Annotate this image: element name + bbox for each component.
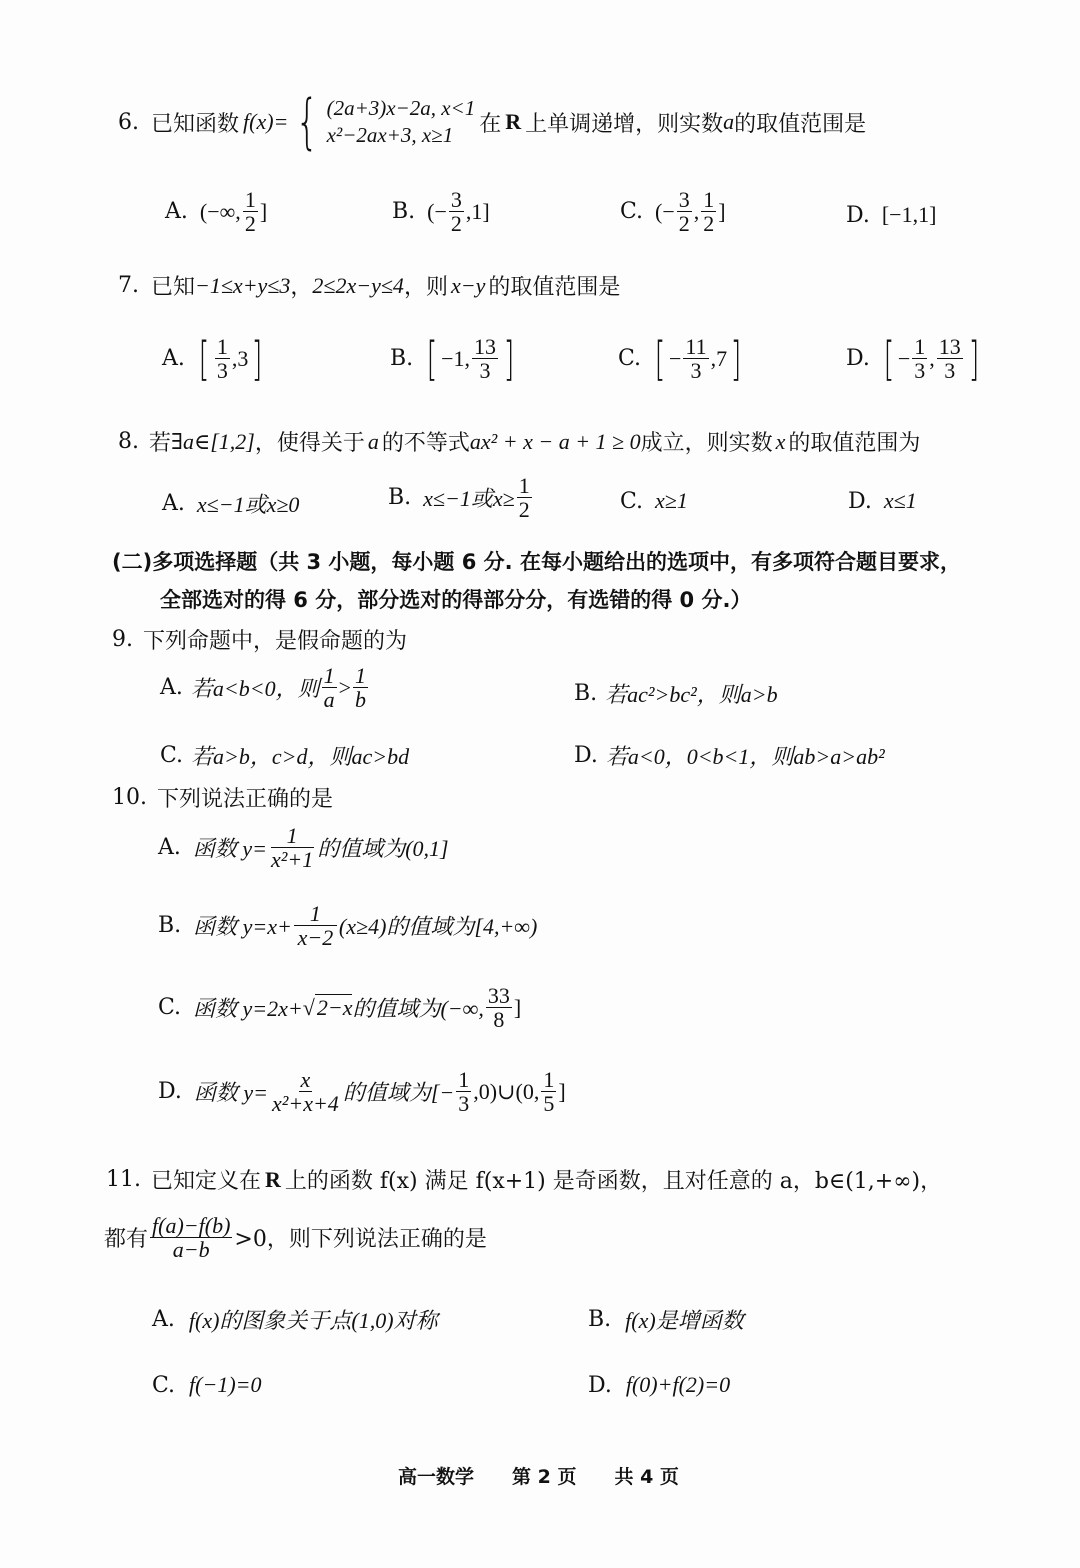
footer-total-pages: 共 4 页 (614, 1462, 678, 1489)
question-7: 7. 已知 −1≤x+y≤3 ， 2≤2x−y≤4 ，则 x−y 的取值范围是 (118, 270, 620, 301)
question-8: 8. 若 ∃a∈[1,2] ，使得关于 a 的不等式 ax² + x − a +… (118, 426, 920, 457)
footer-subject: 高一数学 (398, 1462, 474, 1489)
q10-option-c: C. 函数 y=2x+ √ 2−x 的值域为(−∞, 338 ] (158, 984, 521, 1031)
q8-option-c: C. x≥1 (620, 488, 688, 514)
q6-option-c: C. (− 32 , 12 ] (620, 188, 726, 235)
question-10: 10. 下列说法正确的是 (112, 782, 333, 813)
q11-option-a: A. f(x)的图象关于点(1,0)对称 (152, 1304, 438, 1335)
question-number: 6. (118, 110, 139, 135)
q10-option-b: B. 函数 y=x+ 1x−2 (x≥4)的值域为[4,+∞) (158, 902, 537, 949)
q11-option-d: D. f(0)+f(2)=0 (588, 1372, 730, 1398)
q11-option-c: C. f(−1)=0 (152, 1372, 262, 1398)
question-number: 9. (112, 627, 133, 652)
q8-option-b: B. x≤−1或x≥ 12 (388, 474, 534, 521)
q11-option-b: B. f(x)是增函数 (588, 1304, 744, 1335)
q9-option-c: C. 若a>b，c>d，则ac>bd (160, 740, 409, 771)
q6-option-b: B. (− 32 ,1] (392, 188, 490, 235)
section-header-multiple-choice: (二)多项选择题（共 3 小题，每小题 6 分. 在每小题给出的选项中，有多项符… (112, 546, 961, 576)
question-11-continued: 都有 f(a)−f(b)a−b >0，则下列说法正确的是 (104, 1214, 487, 1261)
q9-option-d: D. 若a<0，0<b<1，则ab>a>ab² (574, 740, 885, 771)
q6-option-a: A. (−∞, 12 ] (165, 188, 267, 235)
question-number: 8. (118, 429, 139, 454)
brace-symbol: { (296, 92, 319, 152)
page-footer: 高一数学 第 2 页 共 4 页 (398, 1462, 679, 1489)
q7-option-c: C. [ − 113 ,7 ] (618, 335, 745, 382)
q7-option-d: D. [ − 13 , 133 ] (846, 335, 983, 382)
q7-option-a: A. [ 13 ,3 ] (162, 335, 266, 382)
q6-option-d: D. [−1,1] (846, 202, 936, 228)
q8-option-a: A. x≤−1或x≥0 (162, 488, 299, 519)
footer-page-number: 第 2 页 (512, 1462, 576, 1489)
question-number: 11. (106, 1167, 141, 1192)
q9-option-b: B. 若ac²>bc²，则a>b (574, 678, 778, 709)
q10-option-d: D. 函数 y= xx²+x+4 的值域为[− 13 ,0)∪(0, 15 ] (158, 1068, 566, 1115)
q7-option-b: B. [ −1, 133 ] (390, 335, 518, 382)
section-header-scoring: 全部选对的得 6 分，部分选对的得部分分，有选错的得 0 分.） (160, 584, 751, 614)
piecewise-function: { (2a+3)x−2a, x<1 x²−2ax+3, x≥1 (288, 92, 475, 152)
question-number: 10. (112, 785, 147, 810)
question-6: 6. 已知函数 f(x)= { (2a+3)x−2a, x<1 x²−2ax+3… (118, 92, 866, 152)
q10-option-a: A. 函数 y= 1x²+1 的值域为(0,1] (158, 824, 449, 871)
q9-option-a: A. 若a<b<0，则 1a > 1b (160, 664, 370, 711)
question-9: 9. 下列命题中，是假命题的为 (112, 624, 407, 655)
q8-option-d: D. x≤1 (848, 488, 917, 514)
question-11: 11. 已知定义在 R 上的函数 f(x) 满足 f(x+1) 是奇函数，且对任… (106, 1164, 942, 1195)
question-number: 7. (118, 273, 139, 298)
